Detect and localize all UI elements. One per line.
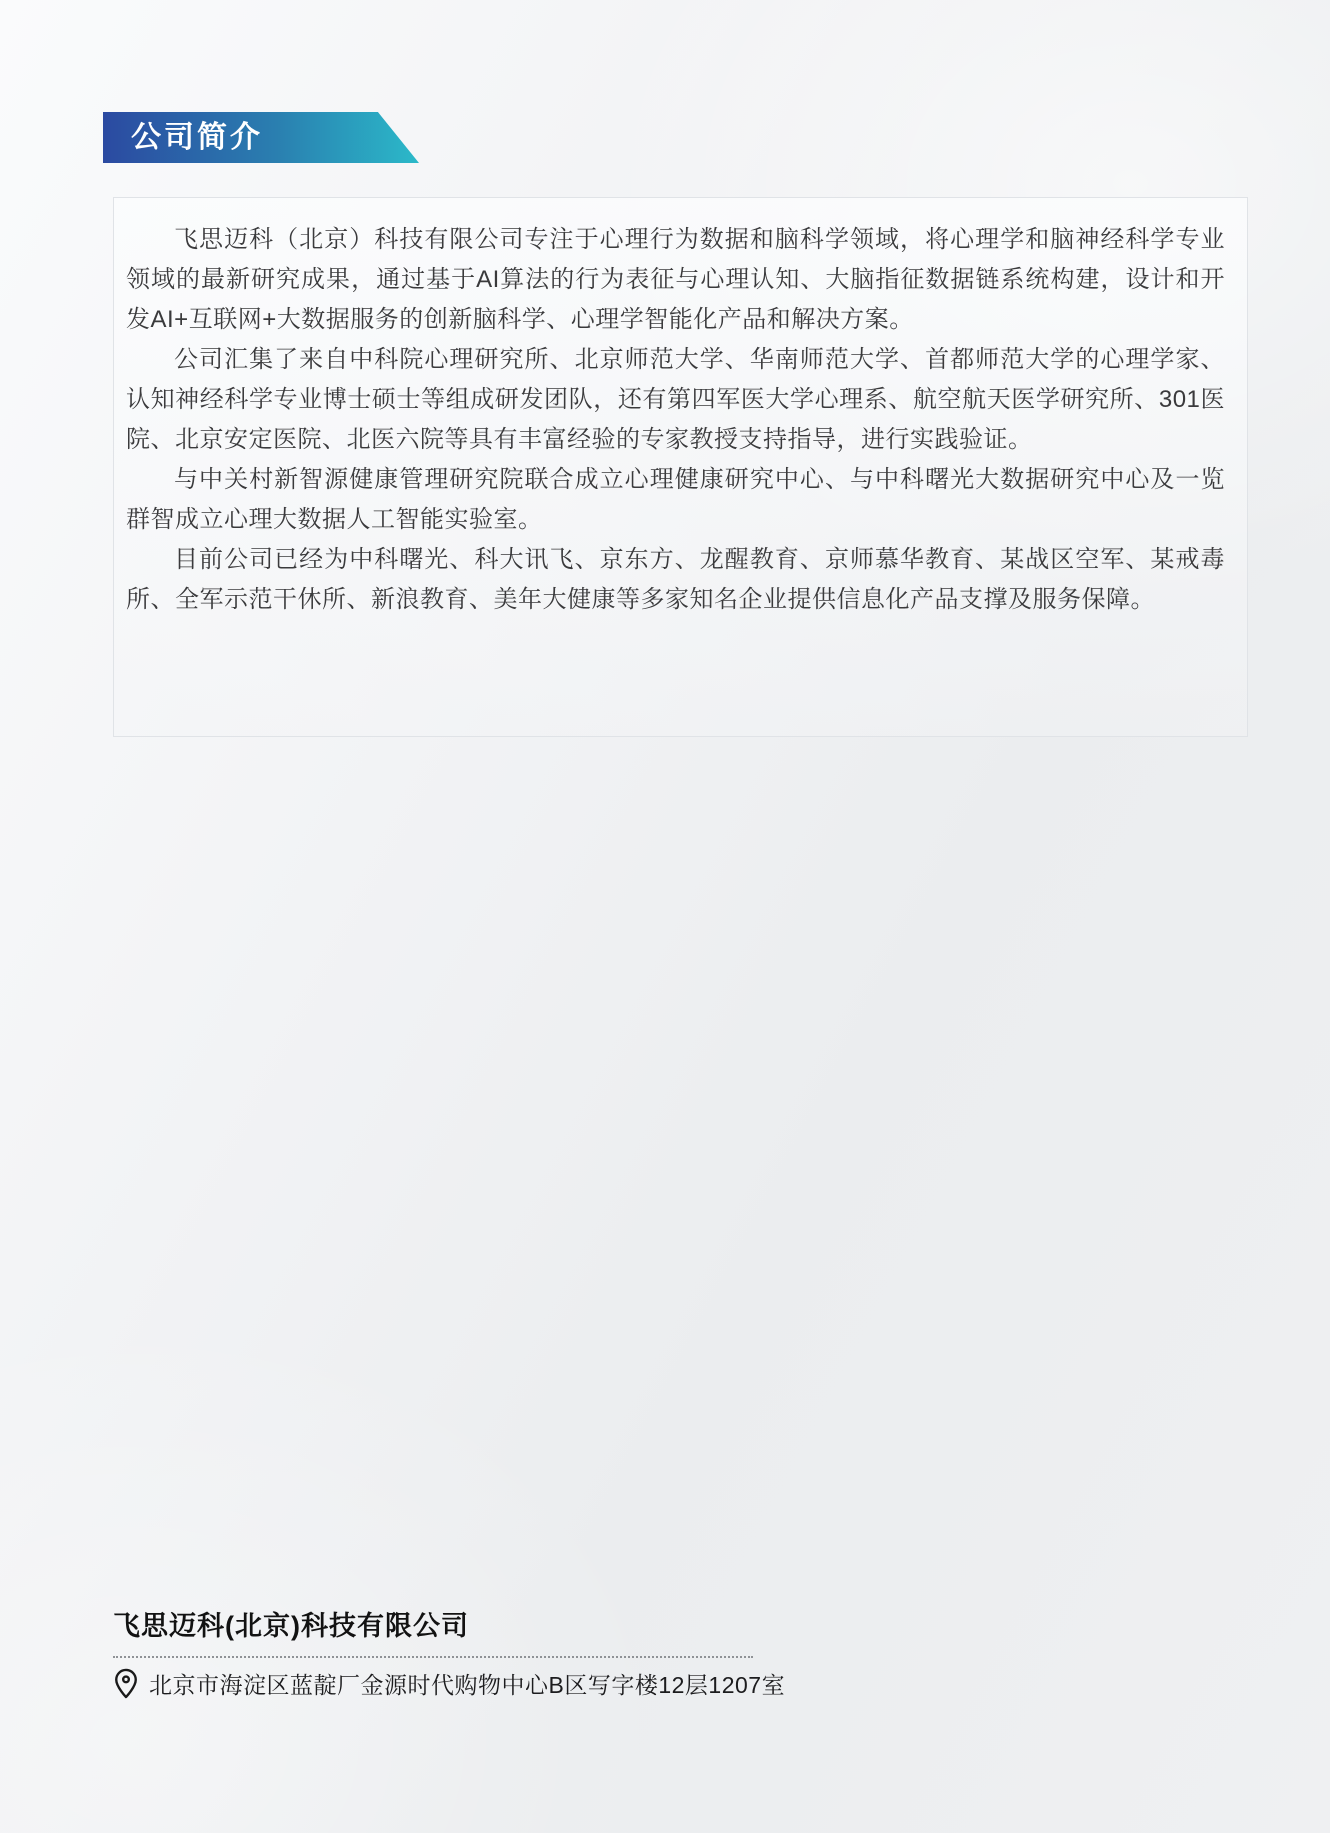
brochure-page: 公司简介 飞思迈科（北京）科技有限公司专注于心理行为数据和脑科学领域，将心理学和… <box>0 0 1330 1833</box>
dotted-divider <box>113 1656 753 1658</box>
intro-paragraph: 飞思迈科（北京）科技有限公司专注于心理行为数据和脑科学领域，将心理学和脑神经科学… <box>126 220 1225 340</box>
section-banner: 公司简介 <box>103 112 419 163</box>
section-title: 公司简介 <box>103 123 263 153</box>
address-row: 北京市海淀区蓝靛厂金源时代购物中心B区写字楼12层1207室 <box>113 1667 785 1700</box>
company-intro-card: 飞思迈科（北京）科技有限公司专注于心理行为数据和脑科学领域，将心理学和脑神经科学… <box>113 197 1248 737</box>
footer: 飞思迈科(北京)科技有限公司 北京市海淀区蓝靛厂金源时代购物中心B区写字楼12层… <box>113 1604 785 1700</box>
intro-paragraph: 公司汇集了来自中科院心理研究所、北京师范大学、华南师范大学、首都师范大学的心理学… <box>126 340 1225 460</box>
company-name: 飞思迈科(北京)科技有限公司 <box>113 1604 785 1643</box>
map-pin-icon <box>113 1668 139 1699</box>
intro-paragraph: 与中关村新智源健康管理研究院联合成立心理健康研究中心、与中科曙光大数据研究中心及… <box>126 460 1225 540</box>
address-text: 北京市海淀区蓝靛厂金源时代购物中心B区写字楼12层1207室 <box>149 1667 785 1700</box>
intro-paragraph: 目前公司已经为中科曙光、科大讯飞、京东方、龙醒教育、京师慕华教育、某战区空军、某… <box>126 540 1225 620</box>
